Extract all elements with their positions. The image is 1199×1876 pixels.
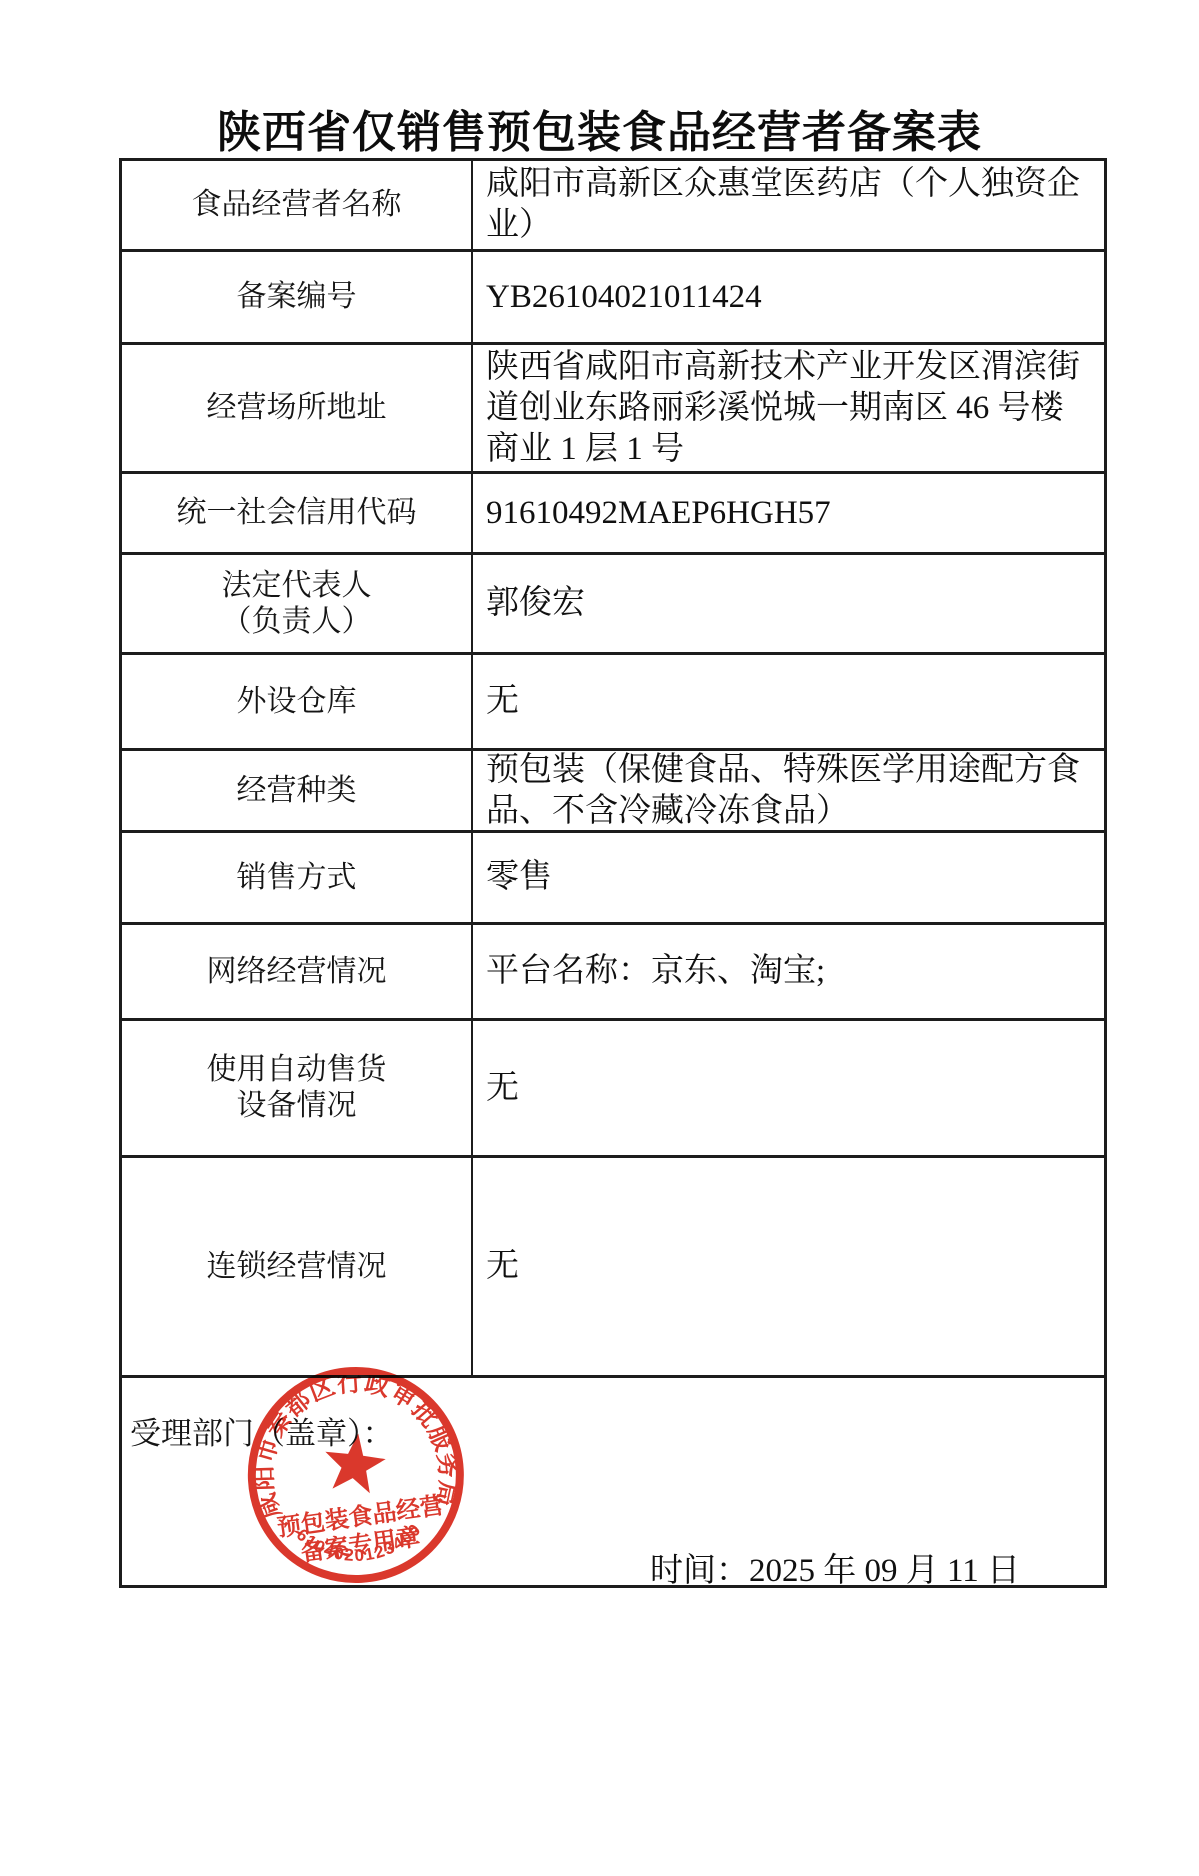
table-row: 经营场所地址 陕西省咸阳市高新技术产业开发区渭滨街 道创业东路丽彩溪悦城一期南区… [122, 345, 1104, 474]
table-row: 网络经营情况 平台名称：京东、淘宝; [122, 925, 1104, 1021]
acceptance-date: 时间：2025 年 09 月 11 日 [650, 1544, 1020, 1591]
row-value-sales-method: 零售 [473, 833, 1104, 922]
row-label-external-warehouse: 外设仓库 [122, 655, 473, 748]
row-label-vending-machine: 使用自动售货 设备情况 [122, 1021, 473, 1155]
table-row: 经营种类 预包装（保健食品、特殊医学用途配方食 品、不含冷藏冷冻食品） [122, 751, 1104, 833]
page-title: 陕西省仅销售预包装食品经营者备案表 [0, 96, 1199, 160]
row-value-external-warehouse: 无 [473, 655, 1104, 748]
row-label-legal-representative: 法定代表人 （负责人） [122, 555, 473, 652]
table-row: 外设仓库 无 [122, 655, 1104, 751]
row-value-record-number: YB26104021011424 [473, 252, 1104, 342]
table-row: 连锁经营情况 无 [122, 1158, 1104, 1378]
row-value-operator-name: 咸阳市高新区众惠堂医药店（个人独资企 业） [473, 161, 1104, 249]
row-value-credit-code: 91610492MAEP6HGH57 [473, 474, 1104, 552]
row-label-sales-method: 销售方式 [122, 833, 473, 922]
table-row: 备案编号 YB26104021011424 [122, 252, 1104, 345]
row-label-online-business: 网络经营情况 [122, 925, 473, 1018]
row-value-business-address: 陕西省咸阳市高新技术产业开发区渭滨街 道创业东路丽彩溪悦城一期南区 46 号楼 … [473, 345, 1104, 471]
acceptance-department-label: 受理部门（盖章）： [130, 1408, 394, 1453]
row-value-vending-machine: 无 [473, 1021, 1104, 1155]
table-row: 使用自动售货 设备情况 无 [122, 1021, 1104, 1158]
document-page: 陕西省仅销售预包装食品经营者备案表 食品经营者名称 咸阳市高新区众惠堂医药店（个… [0, 0, 1199, 1876]
table-row: 法定代表人 （负责人） 郭俊宏 [122, 555, 1104, 655]
table-row: 统一社会信用代码 91610492MAEP6HGH57 [122, 474, 1104, 555]
row-label-business-address: 经营场所地址 [122, 345, 473, 471]
acceptance-section: 受理部门（盖章）： 时间：2025 年 09 月 11 日 [122, 1378, 1104, 1585]
row-value-online-business: 平台名称：京东、淘宝; [473, 925, 1104, 1018]
row-label-business-category: 经营种类 [122, 751, 473, 830]
row-label-operator-name: 食品经营者名称 [122, 161, 473, 249]
row-label-chain-operation: 连锁经营情况 [122, 1158, 473, 1375]
row-value-business-category: 预包装（保健食品、特殊医学用途配方食 品、不含冷藏冷冻食品） [473, 751, 1104, 830]
row-label-credit-code: 统一社会信用代码 [122, 474, 473, 552]
row-value-chain-operation: 无 [473, 1158, 1104, 1375]
table-row: 销售方式 零售 [122, 833, 1104, 925]
row-value-legal-representative: 郭俊宏 [473, 555, 1104, 652]
table-row: 食品经营者名称 咸阳市高新区众惠堂医药店（个人独资企 业） [122, 161, 1104, 252]
row-label-record-number: 备案编号 [122, 252, 473, 342]
registration-table: 食品经营者名称 咸阳市高新区众惠堂医药店（个人独资企 业） 备案编号 YB261… [119, 158, 1107, 1588]
